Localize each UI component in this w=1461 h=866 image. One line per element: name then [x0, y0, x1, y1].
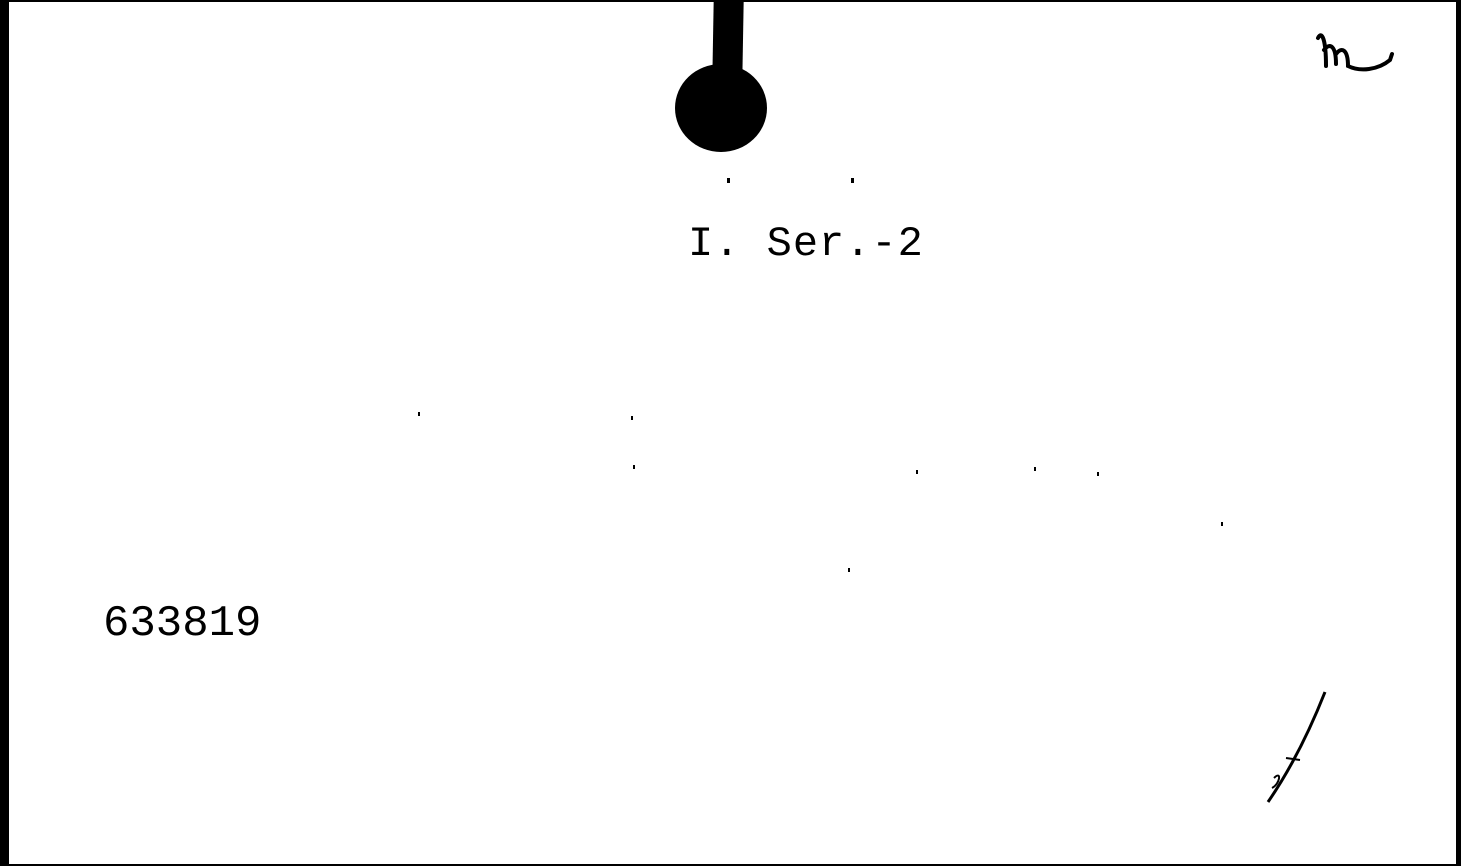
alignment-tick — [727, 178, 730, 183]
handwritten-check-icon — [1250, 690, 1340, 810]
card-heading: I. Ser.-2 — [688, 220, 924, 268]
alignment-tick — [851, 178, 854, 183]
scan-speck — [633, 465, 635, 469]
scan-speck — [916, 470, 918, 474]
scan-speck — [418, 412, 420, 416]
scan-speck — [1221, 522, 1223, 526]
handwritten-initial-icon — [1310, 20, 1410, 80]
punch-hole — [675, 64, 767, 152]
scan-speck — [631, 416, 633, 420]
scan-speck — [848, 568, 850, 572]
card-number: 633819 — [103, 599, 261, 649]
scan-speck — [1034, 467, 1036, 471]
scan-speck — [1097, 472, 1099, 476]
